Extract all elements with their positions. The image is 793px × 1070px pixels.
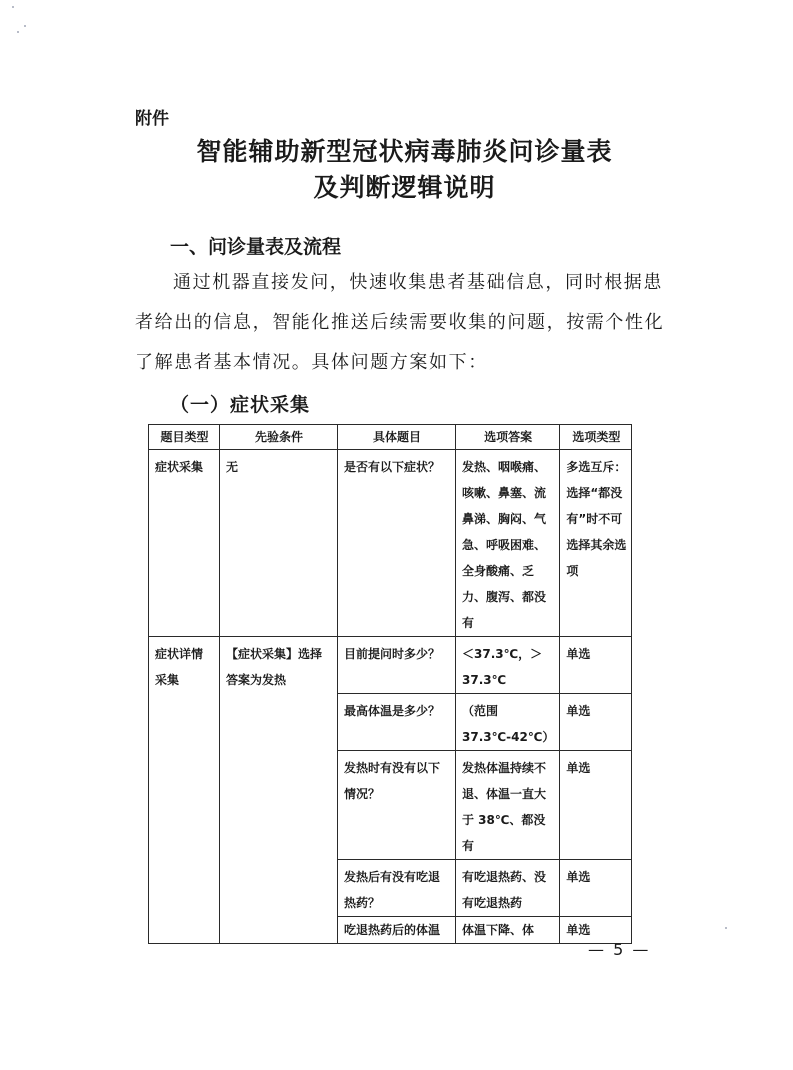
table-row: 症状详情采集 【症状采集】选择答案为发热 目前提问时多少？ ＜37.3℃，＞37… (149, 637, 632, 694)
cell-answers: 发热、咽喉痛、咳嗽、鼻塞、流鼻涕、胸闷、气急、呼吸困难、全身酸痛、乏力、腹泻、都… (456, 450, 560, 637)
subsection-heading: （一）症状采集 (170, 390, 310, 417)
scan-speck (17, 31, 19, 33)
cell-answer-type: 单选 (560, 637, 632, 694)
cell-condition: 无 (220, 450, 338, 637)
paragraph-line: 了解患者基本情况。具体问题方案如下： (135, 343, 657, 383)
column-header: 选项答案 (456, 425, 560, 450)
cell-question: 发热后有没有吃退热药？ (338, 860, 456, 917)
cell-question: 发热时有没有以下情况？ (338, 751, 456, 860)
table-row: 症状采集 无 是否有以下症状？ 发热、咽喉痛、咳嗽、鼻塞、流鼻涕、胸闷、气急、呼… (149, 450, 632, 637)
section-heading: 一、问诊量表及流程 (170, 232, 341, 259)
cell-type: 症状详情采集 (149, 637, 220, 944)
questionnaire-table: 题目类型 先验条件 具体题目 选项答案 选项类型 症状采集 无 是否有以下症状？… (148, 424, 632, 944)
cell-question: 是否有以下症状？ (338, 450, 456, 637)
cell-question: 目前提问时多少？ (338, 637, 456, 694)
column-header: 选项类型 (560, 425, 632, 450)
scan-speck (12, 6, 14, 8)
cell-question: 吃退热药后的体温 (338, 917, 456, 944)
page-number: — 5 — (588, 940, 650, 959)
paragraph-line: 通过机器直接发问，快速收集患者基础信息，同时根据患 (135, 263, 657, 303)
column-header: 题目类型 (149, 425, 220, 450)
cell-answers: 体温下降、体 (456, 917, 560, 944)
scan-speck (24, 25, 26, 27)
cell-answer-type: 单选 (560, 694, 632, 751)
cell-answers: 发热体温持续不退、体温一直大于 38℃、都没有 (456, 751, 560, 860)
cell-answers: 有吃退热药、没有吃退热药 (456, 860, 560, 917)
document-title-line-2: 及判断逻辑说明 (8, 168, 793, 204)
attachment-label: 附件 (135, 104, 169, 129)
document-title-line-1: 智能辅助新型冠状病毒肺炎问诊量表 (8, 132, 793, 168)
cell-answer-type: 单选 (560, 860, 632, 917)
cell-condition: 【症状采集】选择答案为发热 (220, 637, 338, 944)
cell-answers: ＜37.3℃，＞37.3℃ (456, 637, 560, 694)
cell-answers: （范围 37.3℃-42℃） (456, 694, 560, 751)
cell-answer-type: 多选互斥：选择“都没有”时不可选择其余选项 (560, 450, 632, 637)
column-header: 具体题目 (338, 425, 456, 450)
table-header-row: 题目类型 先验条件 具体题目 选项答案 选项类型 (149, 425, 632, 450)
intro-paragraph: 通过机器直接发问，快速收集患者基础信息，同时根据患 者给出的信息，智能化推送后续… (135, 263, 657, 383)
scan-speck (725, 927, 727, 929)
cell-answer-type: 单选 (560, 751, 632, 860)
cell-question: 最高体温是多少？ (338, 694, 456, 751)
cell-type: 症状采集 (149, 450, 220, 637)
paragraph-line: 者给出的信息，智能化推送后续需要收集的问题，按需个性化 (135, 303, 657, 343)
column-header: 先验条件 (220, 425, 338, 450)
